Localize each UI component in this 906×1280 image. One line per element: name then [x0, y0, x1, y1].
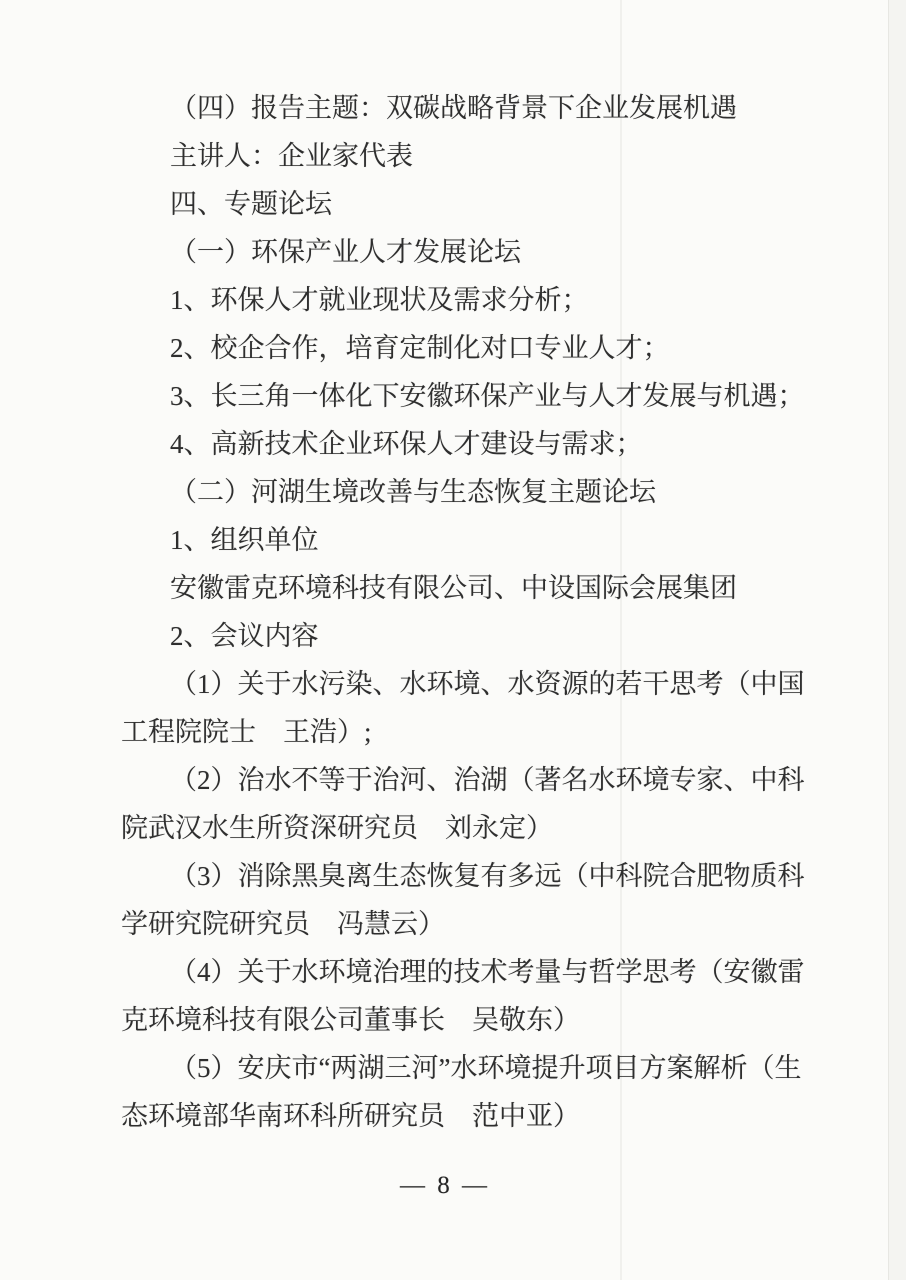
- document-line: 1、组织单位: [121, 516, 796, 564]
- document-line: 四、专题论坛: [121, 180, 796, 228]
- document-line: （一）环保产业人才发展论坛: [121, 228, 796, 276]
- document-line: 安徽雷克环境科技有限公司、中设国际会展集团: [121, 564, 796, 612]
- document-line: 院武汉水生所资深研究员 刘永定）: [121, 804, 796, 852]
- page-edge-shadow: [889, 0, 906, 1280]
- document-line: 2、会议内容: [121, 612, 796, 660]
- document-line: （四）报告主题：双碳战略背景下企业发展机遇: [121, 84, 796, 132]
- document-line: 2、校企合作，培育定制化对口专业人才；: [121, 324, 796, 372]
- document-line: 1、环保人才就业现状及需求分析；: [121, 276, 796, 324]
- document-line: 态环境部华南环科所研究员 范中亚）: [121, 1092, 796, 1140]
- document-line: 工程院院士 王浩）;: [121, 708, 796, 756]
- document-line: （4）关于水环境治理的技术考量与哲学思考（安徽雷: [121, 948, 796, 996]
- page-edge-line: [888, 0, 889, 1280]
- document-line: （二）河湖生境改善与生态恢复主题论坛: [121, 468, 796, 516]
- document-line: 学研究院研究员 冯慧云）: [121, 900, 796, 948]
- document-line: （2）治水不等于治河、治湖（著名水环境专家、中科: [121, 756, 796, 804]
- document-page: （四）报告主题：双碳战略背景下企业发展机遇 主讲人：企业家代表 四、专题论坛 （…: [0, 0, 906, 1280]
- document-line: （3）消除黑臭离生态恢复有多远（中科院合肥物质科: [121, 852, 796, 900]
- document-line: （1）关于水污染、水环境、水资源的若干思考（中国: [121, 660, 796, 708]
- document-body: （四）报告主题：双碳战略背景下企业发展机遇 主讲人：企业家代表 四、专题论坛 （…: [121, 84, 796, 1140]
- document-line: 4、高新技术企业环保人才建设与需求；: [121, 420, 796, 468]
- page-number: — 8 —: [0, 1166, 890, 1206]
- document-line: （5）安庆市“两湖三河”水环境提升项目方案解析（生: [121, 1044, 796, 1092]
- document-line: 3、长三角一体化下安徽环保产业与人才发展与机遇；: [121, 372, 796, 420]
- document-line: 主讲人：企业家代表: [121, 132, 796, 180]
- document-line: 克环境科技有限公司董事长 吴敬东）: [121, 996, 796, 1044]
